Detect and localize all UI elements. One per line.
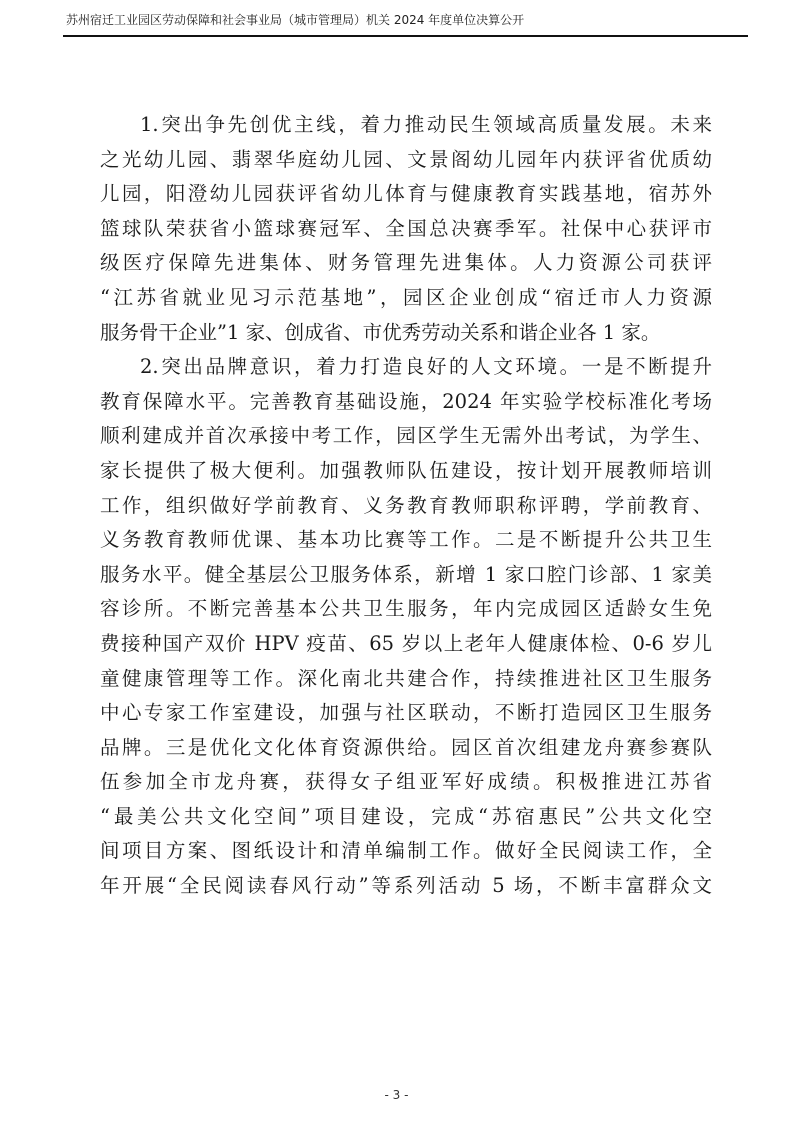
paragraph-2-line: 服务水平。健全基层公卫服务体系，新增 1 家口腔门诊部、1 家美 — [100, 558, 712, 593]
paragraph-2-line: 家长提供了极大便利。加强教师队伍建设，按计划开展教师培训 — [100, 454, 712, 489]
paragraph-2-line: 顺利建成并首次承接中考工作，园区学生无需外出考试，为学生、 — [100, 419, 712, 454]
paragraph-2-line: “最美公共文化空间”项目建设，完成“苏宿惠民”公共文化空 — [100, 800, 712, 835]
paragraph-2-line: 2.突出品牌意识，着力打造良好的人文环境。一是不断提升 — [100, 350, 712, 385]
paragraph-2-line: 教育保障水平。完善教育基础设施，2024 年实验学校标准化考场 — [100, 385, 712, 420]
document-body: 1.突出争先创优主线，着力推动民生领域高质量发展。未来 之光幼儿园、翡翠华庭幼儿… — [100, 108, 712, 904]
paragraph-2-line: 品牌。三是优化文化体育资源供给。园区首次组建龙舟赛参赛队 — [100, 731, 712, 766]
paragraph-1-line: 1.突出争先创优主线，着力推动民生领域高质量发展。未来 — [100, 108, 712, 143]
paragraph-2-line: 义务教育教师优课、基本功比赛等工作。二是不断提升公共卫生 — [100, 523, 712, 558]
paragraph-2-line: 中心专家工作室建设，加强与社区联动，不断打造园区卫生服务 — [100, 696, 712, 731]
paragraph-2-line: 工作，组织做好学前教育、义务教育教师职称评聘，学前教育、 — [100, 489, 712, 524]
paragraph-2-line: 费接种国产双价 HPV 疫苗、65 岁以上老年人健康体检、0-6 岁儿 — [100, 627, 712, 662]
paragraph-1-line: 儿园，阳澄幼儿园获评省幼儿体育与健康教育实践基地，宿苏外 — [100, 177, 712, 212]
paragraph-2-line: 年开展“全民阅读春风行动”等系列活动 5 场，不断丰富群众文 — [100, 869, 712, 904]
header-rule — [63, 35, 748, 37]
paragraph-1-line: 之光幼儿园、翡翠华庭幼儿园、文景阁幼儿园年内获评省优质幼 — [100, 143, 712, 178]
document-header-title: 苏州宿迁工业园区劳动保障和社会事业局（城市管理局）机关 2024 年度单位决算公… — [66, 11, 524, 28]
paragraph-1-line: 篮球队荣获省小篮球赛冠军、全国总决赛季军。社保中心获评市 — [100, 212, 712, 247]
paragraph-2-line: 童健康管理等工作。深化南北共建合作，持续推进社区卫生服务 — [100, 662, 712, 697]
page-number: - 3 - — [0, 1088, 793, 1102]
paragraph-1-line: “江苏省就业见习示范基地”，园区企业创成“宿迁市人力资源 — [100, 281, 712, 316]
paragraph-2-line: 间项目方案、图纸设计和清单编制工作。做好全民阅读工作，全 — [100, 834, 712, 869]
paragraph-1-line: 服务骨干企业”1 家、创成省、市优秀劳动关系和谐企业各 1 家。 — [100, 316, 712, 351]
paragraph-2-line: 伍参加全市龙舟赛，获得女子组亚军好成绩。积极推进江苏省 — [100, 765, 712, 800]
paragraph-2-line: 容诊所。不断完善基本公共卫生服务，年内完成园区适龄女生免 — [100, 592, 712, 627]
paragraph-1-line: 级医疗保障先进集体、财务管理先进集体。人力资源公司获评 — [100, 246, 712, 281]
